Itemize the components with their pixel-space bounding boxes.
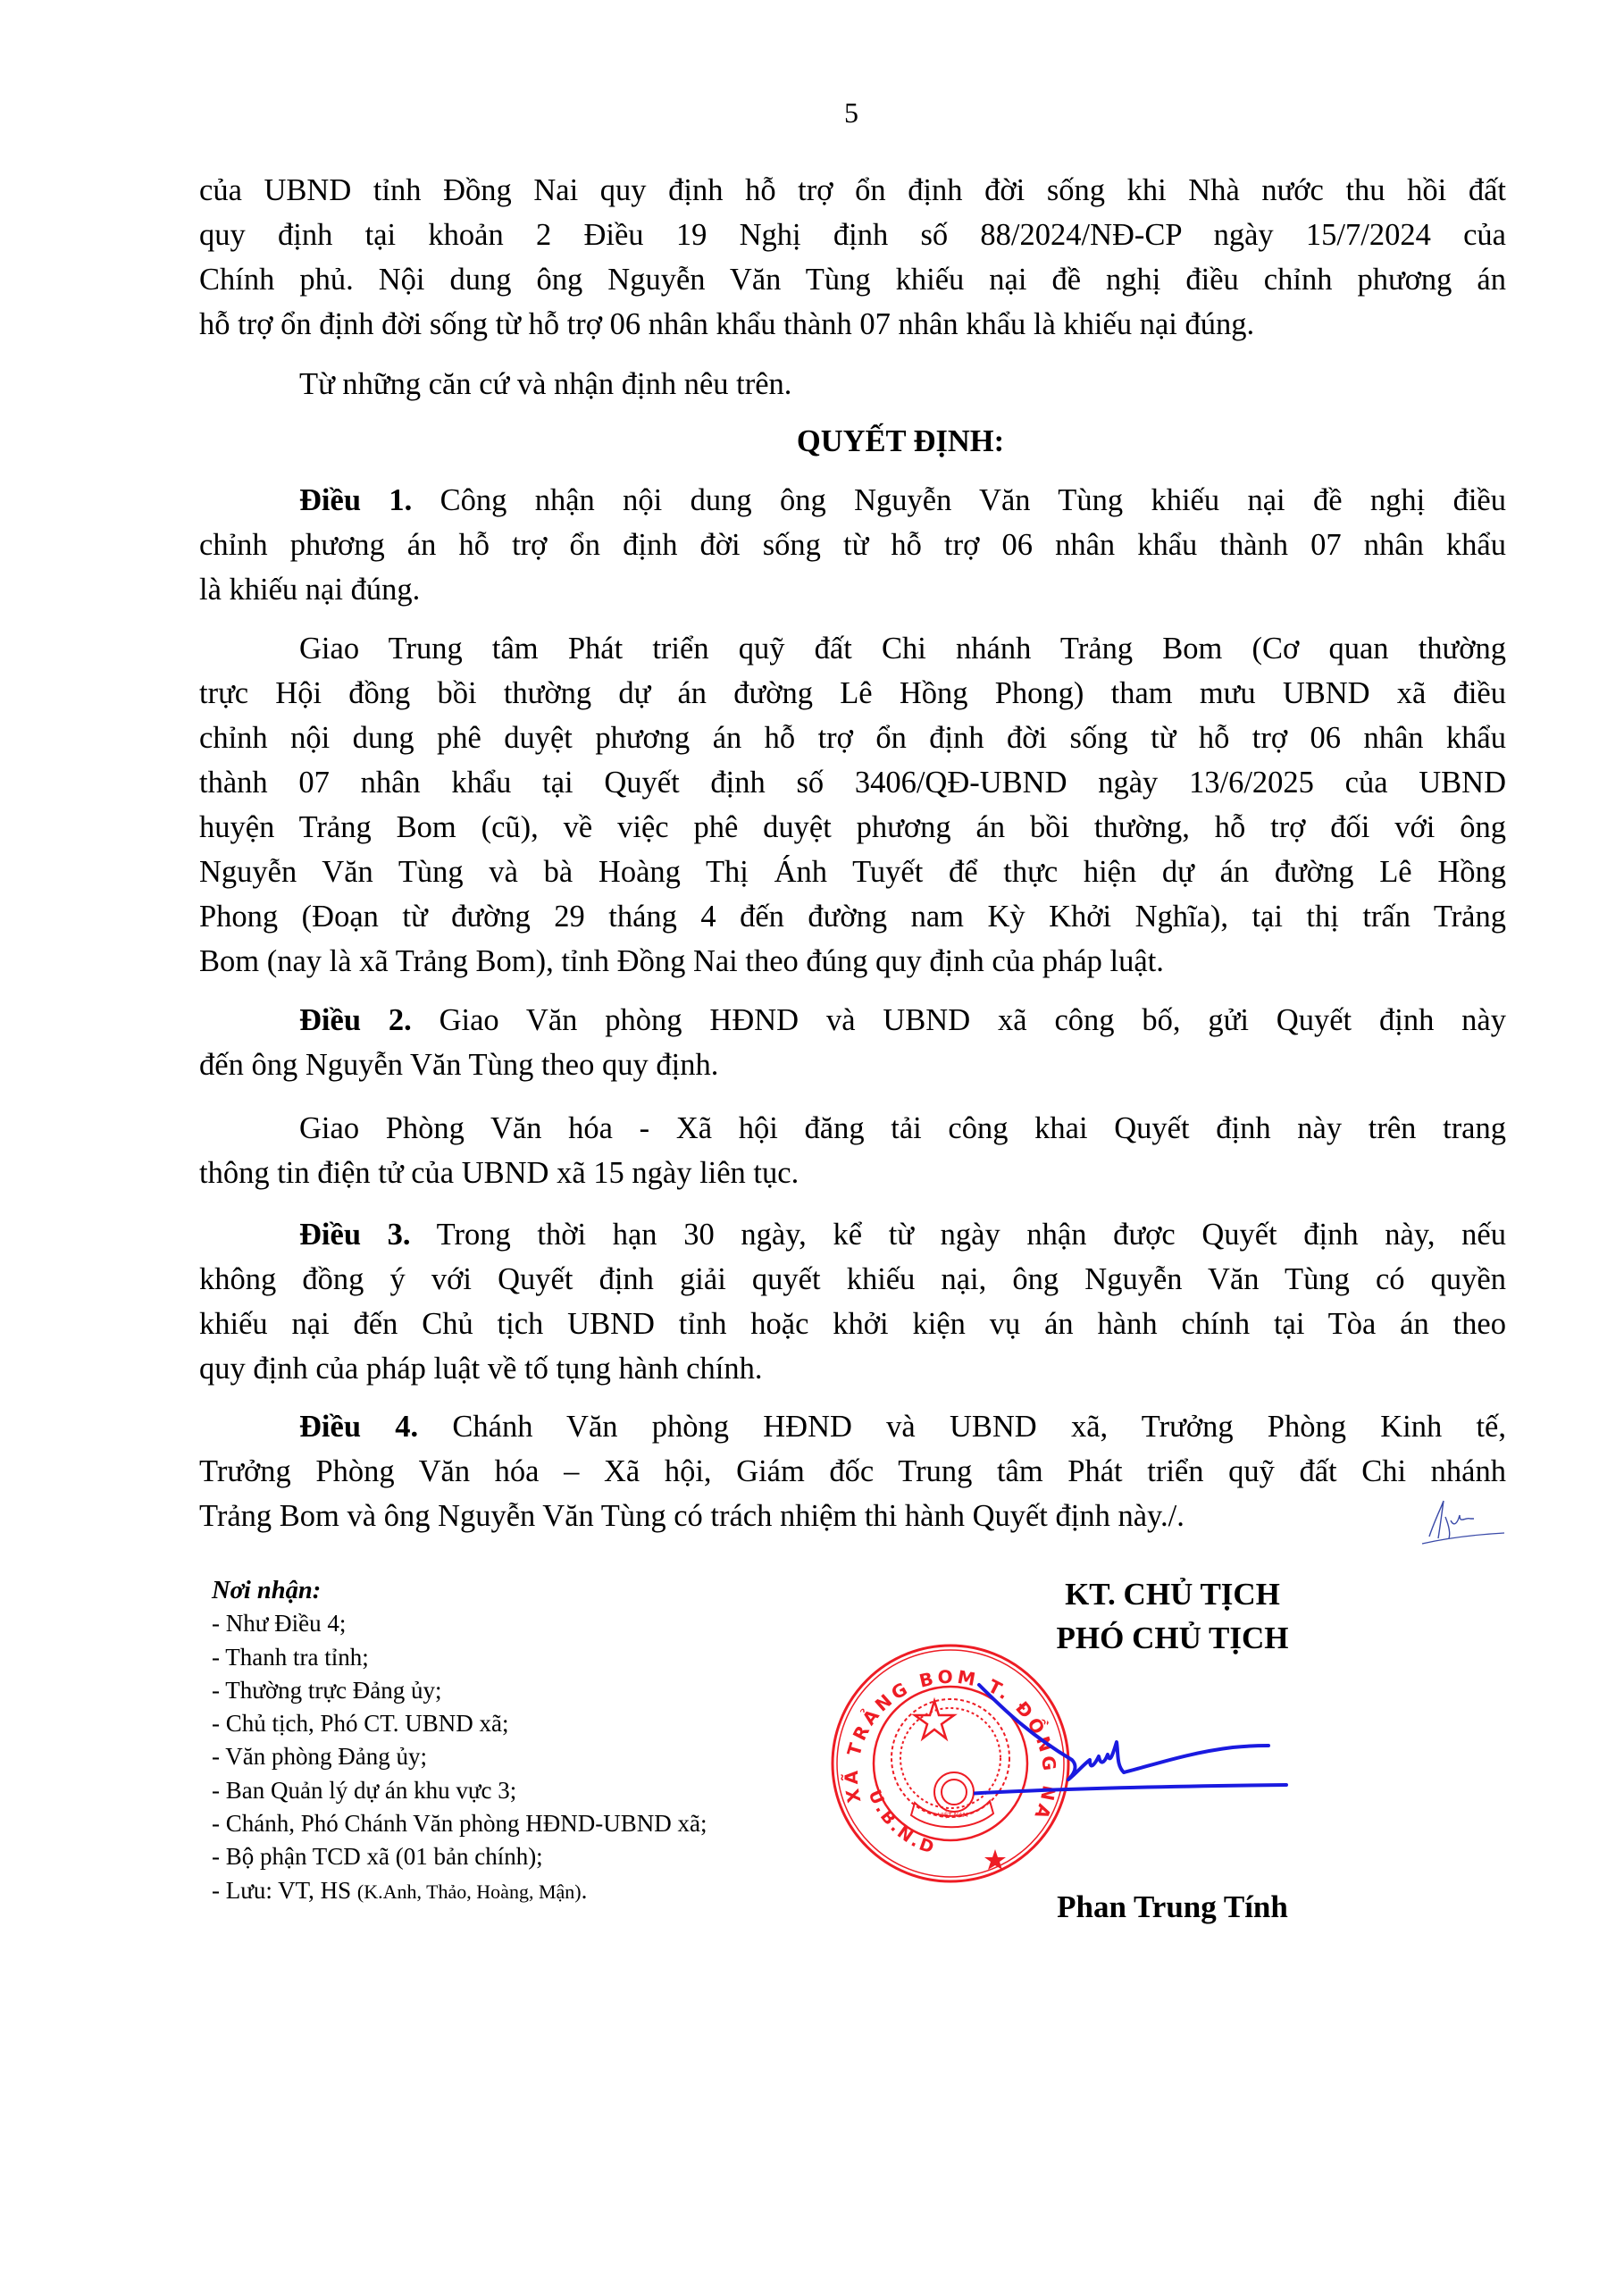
- body-line: Giao Phòng Văn hóa - Xã hội đăng tải côn…: [299, 1110, 1506, 1146]
- body-line: Bom (nay là xã Trảng Bom), tỉnh Đồng Nai…: [199, 943, 1506, 979]
- decision-heading: QUYẾT ĐỊNH:: [0, 423, 1624, 459]
- body-line: thông tin điện tử của UBND xã 15 ngày li…: [199, 1155, 1506, 1191]
- article-label: Điều 4.: [299, 1410, 418, 1444]
- body-line: Điều 1. Công nhận nội dung ông Nguyễn Vă…: [299, 482, 1506, 518]
- recipient-item: - Chủ tịch, Phó CT. UBND xã;: [212, 1707, 707, 1740]
- body-line: Điều 4. Chánh Văn phòng HĐND và UBND xã,…: [299, 1409, 1506, 1445]
- body-line: chỉnh nội dung phê duyệt phương án hỗ tr…: [199, 720, 1506, 756]
- body-line: quy định của pháp luật về tố tụng hành c…: [199, 1351, 1506, 1386]
- recipient-item: - Chánh, Phó Chánh Văn phòng HĐND-UBND x…: [212, 1807, 707, 1840]
- body-line: huyện Trảng Bom (cũ), về việc phê duyệt …: [199, 809, 1506, 845]
- body-line: Trảng Bom và ông Nguyễn Văn Tùng có trác…: [199, 1498, 1506, 1534]
- article-label: Điều 3.: [299, 1218, 411, 1252]
- body-line: Nguyễn Văn Tùng và bà Hoàng Thị Ánh Tuyế…: [199, 854, 1506, 890]
- body-line: thành 07 nhân khẩu tại Quyết định số 340…: [199, 765, 1506, 800]
- body-line: Giao Trung tâm Phát triển quỹ đất Chi nh…: [299, 631, 1506, 666]
- recipient-item: - Lưu: VT, HS (K.Anh, Thảo, Hoàng, Mận).: [212, 1874, 707, 1908]
- signer-title-1: KT. CHỦ TỊCH: [983, 1572, 1362, 1616]
- body-line: đến ông Nguyễn Văn Tùng theo quy định.: [199, 1047, 1506, 1083]
- article-label: Điều 2.: [299, 1003, 412, 1037]
- handwritten-signature-icon: [974, 1679, 1438, 1822]
- body-line: Điều 2. Giao Văn phòng HĐND và UBND xã c…: [299, 1002, 1506, 1038]
- signer-name: Phan Trung Tính: [983, 1885, 1362, 1929]
- body-line: Trưởng Phòng Văn hóa – Xã hội, Giám đốc …: [199, 1453, 1506, 1489]
- body-line: hỗ trợ ổn định đời sống từ hỗ trợ 06 nhâ…: [199, 306, 1506, 342]
- article-label: Điều 1.: [299, 483, 412, 517]
- body-line: không đồng ý với Quyết định giải quyết k…: [199, 1261, 1506, 1297]
- body-line: là khiếu nại đúng.: [199, 572, 1506, 607]
- recipient-item: - Như Điều 4;: [212, 1607, 707, 1640]
- body-line: trực Hội đồng bồi thường dự án đường Lê …: [199, 675, 1506, 711]
- page-number: 5: [0, 96, 1624, 130]
- body-line: quy định tại khoản 2 Điều 19 Nghị định s…: [199, 217, 1506, 253]
- recipients-list: Nơi nhận: - Như Điều 4;- Thanh tra tỉnh;…: [212, 1574, 707, 1908]
- body-line: Phong (Đoạn từ đường 29 tháng 4 đến đườn…: [199, 899, 1506, 934]
- recipient-item: - Thường trực Đảng ủy;: [212, 1674, 707, 1707]
- svg-text:VIỆT NAM: VIỆT NAM: [938, 1811, 968, 1819]
- recipient-item: - Ban Quản lý dự án khu vực 3;: [212, 1774, 707, 1807]
- body-line: khiếu nại đến Chủ tịch UBND tỉnh hoặc kh…: [199, 1306, 1506, 1342]
- body-line: Từ những căn cứ và nhận định nêu trên.: [299, 366, 1506, 402]
- initial-signature-icon: [1419, 1494, 1508, 1547]
- body-line: Điều 3. Trong thời hạn 30 ngày, kể từ ng…: [299, 1217, 1506, 1252]
- recipient-item: - Văn phòng Đảng ủy;: [212, 1740, 707, 1773]
- body-line: Chính phủ. Nội dung ông Nguyễn Văn Tùng …: [199, 262, 1506, 297]
- body-line: chỉnh phương án hỗ trợ ổn định đời sống …: [199, 527, 1506, 563]
- recipient-item: - Thanh tra tỉnh;: [212, 1641, 707, 1674]
- recipient-item: - Bộ phận TCD xã (01 bản chính);: [212, 1840, 707, 1873]
- body-line: của UBND tỉnh Đồng Nai quy định hỗ trợ ổ…: [199, 172, 1506, 208]
- recipients-title: Nơi nhận:: [212, 1574, 707, 1607]
